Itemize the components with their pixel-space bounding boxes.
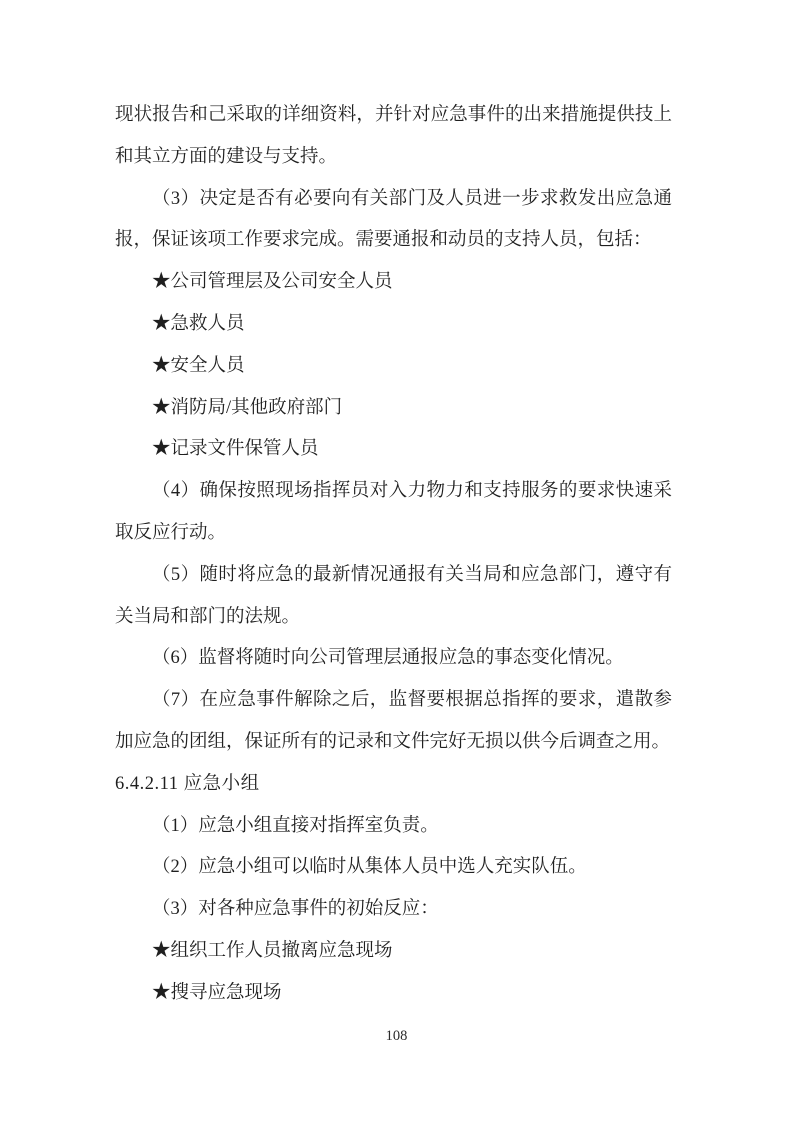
bullet-line: ★急救人员: [115, 304, 672, 346]
paragraph-line: 和其立方面的建设与支持。: [115, 137, 672, 179]
paragraph-line: （1）应急小组直接对指挥室负责。: [115, 806, 672, 848]
paragraph-line: 报，保证该项工作要求完成。需要通报和动员的支持人员，包括：: [115, 220, 672, 262]
paragraph-line: （4）确保按照现场指挥员对入力物力和支持服务的要求快速采: [115, 471, 672, 513]
page-number: 108: [0, 1026, 793, 1046]
paragraph-line: 加应急的团组，保证所有的记录和文件完好无损以供今后调查之用。: [115, 722, 672, 764]
document-page: 现状报告和己采取的详细资料，并针对应急事件的出来措施提供技上 和其立方面的建设与…: [0, 0, 793, 1122]
paragraph-line: （3）对各种应急事件的初始反应：: [115, 889, 672, 931]
paragraph-line: 取反应行动。: [115, 513, 672, 555]
bullet-line: ★安全人员: [115, 346, 672, 388]
bullet-line: ★公司管理层及公司安全人员: [115, 262, 672, 304]
paragraph-line: 现状报告和己采取的详细资料，并针对应急事件的出来措施提供技上: [115, 95, 672, 137]
bullet-line: ★组织工作人员撤离应急现场: [115, 931, 672, 973]
section-heading: 6.4.2.11 应急小组: [115, 764, 672, 806]
bullet-line: ★消防局/其他政府部门: [115, 388, 672, 430]
paragraph-line: （7）在应急事件解除之后，监督要根据总指挥的要求，遣散参: [115, 680, 672, 722]
bullet-line: ★记录文件保管人员: [115, 429, 672, 471]
paragraph-line: （5）随时将应急的最新情况通报有关当局和应急部门，遵守有: [115, 555, 672, 597]
paragraph-line: （6）监督将随时向公司管理层通报应急的事态变化情况。: [115, 638, 672, 680]
paragraph-line: （2）应急小组可以临时从集体人员中选人充实队伍。: [115, 847, 672, 889]
bullet-line: ★搜寻应急现场: [115, 973, 672, 1015]
paragraph-line: 关当局和部门的法规。: [115, 597, 672, 639]
paragraph-line: （3）决定是否有必要向有关部门及人员进一步求救发出应急通: [115, 179, 672, 221]
document-body: 现状报告和己采取的详细资料，并针对应急事件的出来措施提供技上 和其立方面的建设与…: [115, 95, 672, 1015]
